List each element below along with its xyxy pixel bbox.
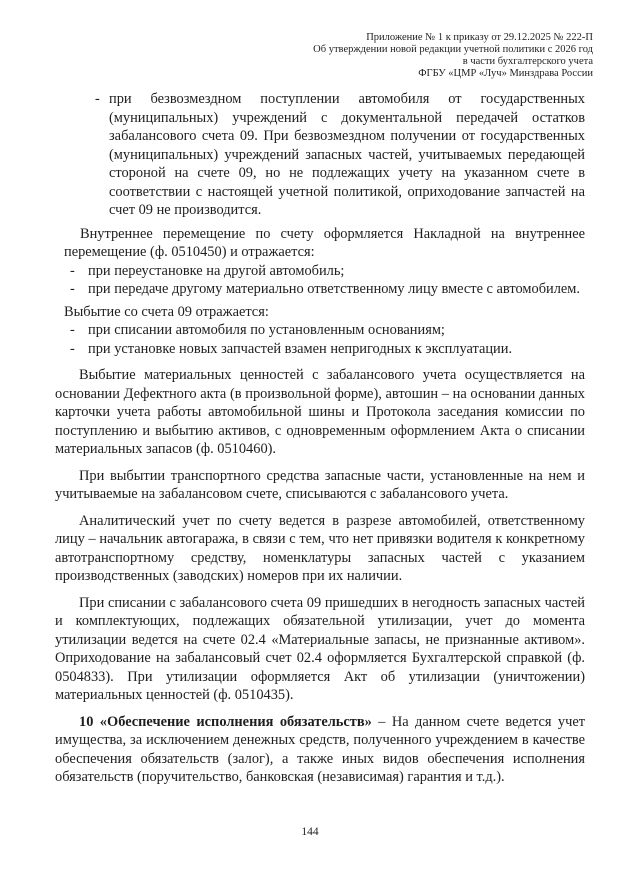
paragraph-account09-disposal-heading: Выбытие со счета 09 отражается: [64, 303, 585, 322]
paragraph-analytical-accounting: Аналитический учет по счету ведется в ра… [55, 512, 585, 586]
header-line-accounting-part: в части бухгалтерского учета [0, 56, 593, 68]
paragraph-internal-movement: Внутреннее перемещение по счету оформляе… [64, 225, 585, 262]
list-item-transfer-to-person: - при передаче другому материально ответ… [64, 280, 585, 299]
dash-marker: - [70, 321, 75, 340]
paragraph-account-10: 10 «Обеспечение исполнения обязательств»… [55, 713, 585, 787]
dash-marker: - [95, 90, 100, 109]
paragraph-utilization: При списании с забалансового счета 09 пр… [55, 594, 585, 705]
document-header: Приложение № 1 к приказу от 29.12.2025 №… [0, 0, 593, 80]
list-item-vehicle-writeoff: - при списании автомобиля по установленн… [64, 321, 585, 340]
paragraph-account-10-title: 10 «Обеспечение исполнения обязательств» [79, 714, 372, 730]
header-line-approval: Об утверждении новой редакции учетной по… [0, 44, 593, 56]
dash-marker: - [70, 340, 75, 359]
list-item-text: при безвозмездном поступлении автомобиля… [109, 91, 585, 218]
internal-movement-section: Внутреннее перемещение по счету оформляе… [64, 225, 585, 359]
document-page: Приложение № 1 к приказу от 29.12.2025 №… [0, 0, 620, 877]
list-item-text: при переустановке на другой автомобиль; [88, 263, 344, 279]
list-item-new-parts-install: - при установке новых запчастей взамен н… [64, 340, 585, 359]
header-line-appendix: Приложение № 1 к приказу от 29.12.2025 №… [0, 32, 593, 44]
list-item-text: при установке новых запчастей взамен неп… [88, 341, 512, 357]
dash-marker: - [70, 280, 75, 299]
list-item-gratuitous-receipt: - при безвозмездном поступлении автомоби… [55, 90, 585, 220]
document-body: - при безвозмездном поступлении автомоби… [55, 90, 585, 787]
dash-marker: - [70, 262, 75, 281]
page-number: 144 [0, 826, 620, 838]
list-item-reinstall: - при переустановке на другой автомобиль… [64, 262, 585, 281]
list-item-text: при передаче другому материально ответст… [88, 281, 580, 297]
header-line-institution: ФГБУ «ЦМР «Луч» Минздрава России [0, 68, 593, 80]
list-item-text: при списании автомобиля по установленным… [88, 322, 445, 338]
paragraph-writeoff-basis: Выбытие материальных ценностей с забалан… [55, 366, 585, 459]
paragraph-vehicle-disposal: При выбытии транспортного средства запас… [55, 467, 585, 504]
